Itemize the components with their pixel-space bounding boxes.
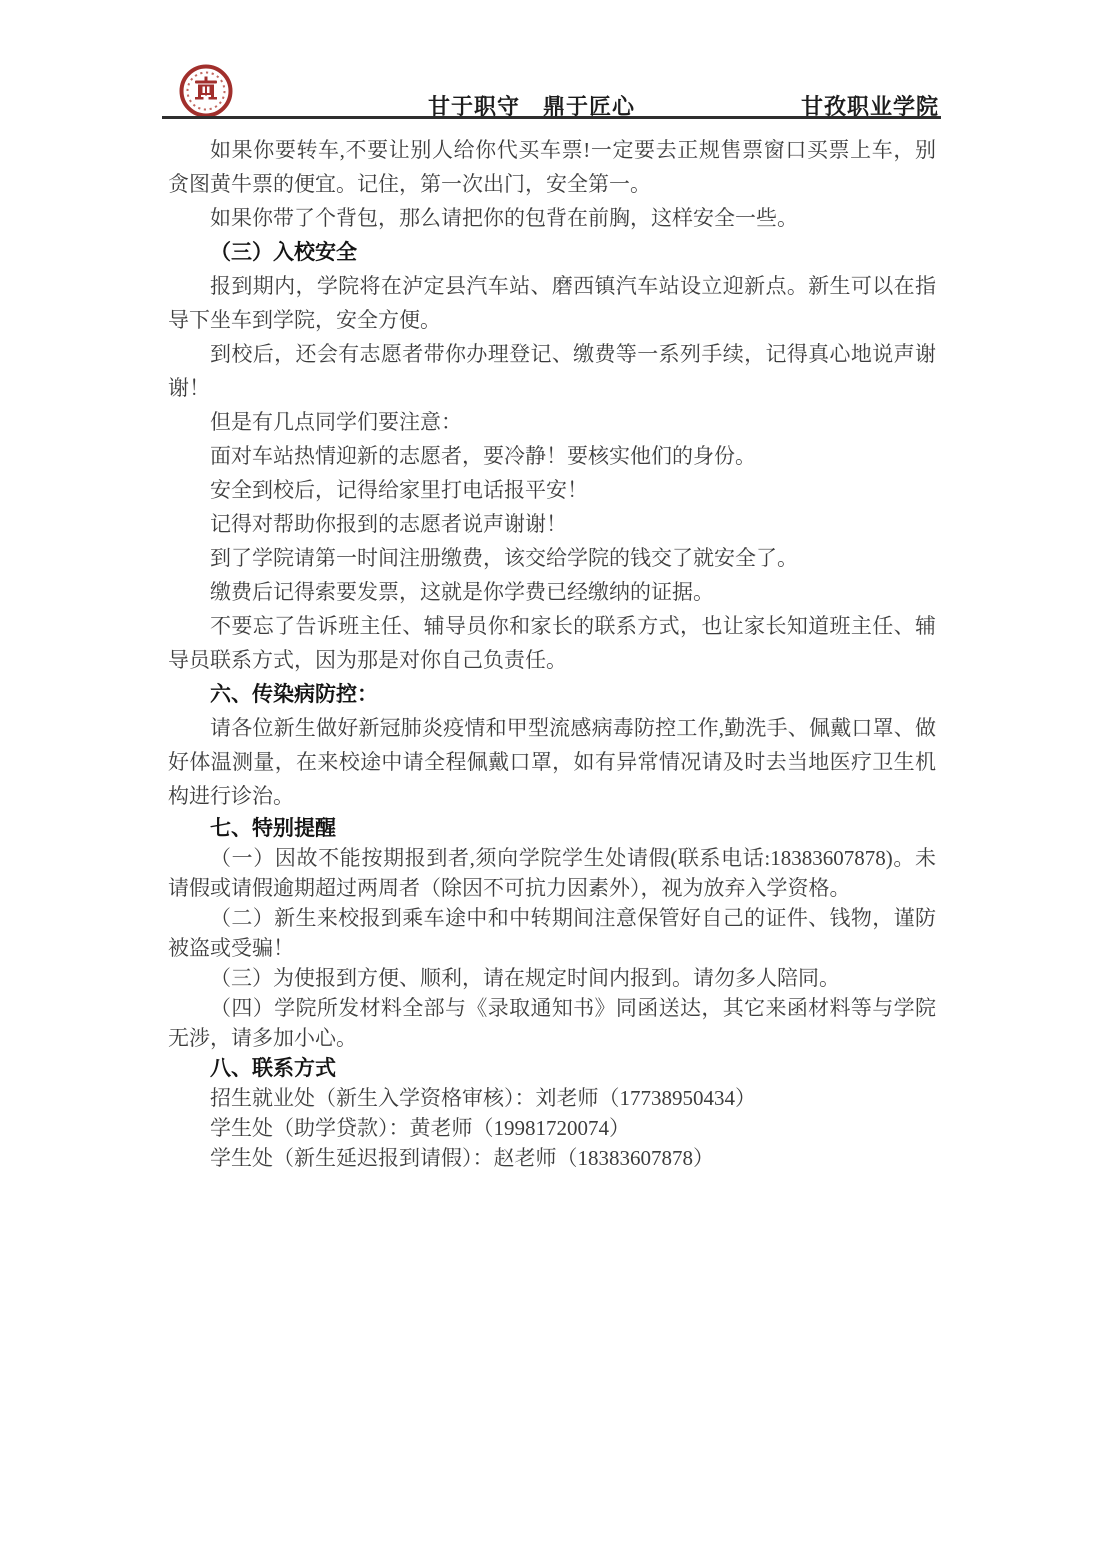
paragraph-reminder-official-materials: （四）学院所发材料全部与《录取通知书》同函送达，其它来函材料等与学院无涉，请多加…: [168, 993, 936, 1053]
header-divider: [162, 116, 941, 119]
paragraph-attention-intro: 但是有几点同学们要注意：: [168, 405, 936, 439]
paragraph-welcome-points: 报到期内，学院将在泸定县汽车站、磨西镇汽车站设立迎新点。新生可以在指导下坐车到学…: [168, 269, 936, 337]
paragraph-transfer-ticket-warning: 如果你要转车,不要让别人给你代买车票!一定要去正规售票窗口买票上车，别贪图黄牛票…: [168, 133, 936, 201]
paragraph-epidemic-prevention: 请各位新生做好新冠肺炎疫情和甲型流感病毒防控工作,勤洗手、佩戴口罩、做好体温测量…: [168, 711, 936, 813]
school-seal-icon: [179, 64, 233, 118]
paragraph-reminder-leave-request: （一）因故不能按期报到者,须向学院学生处请假(联系电话:18383607878)…: [168, 843, 936, 903]
paragraph-call-home: 安全到校后，记得给家里打电话报平安！: [168, 473, 936, 507]
contact-line-admissions-office: 招生就业处（新生入学资格审核）：刘老师（17738950434）: [168, 1083, 936, 1113]
heading-infectious-disease-control: 六、传染病防控：: [168, 677, 936, 711]
contact-line-student-loans: 学生处（助学贷款）：黄老师（19981720074）: [168, 1113, 936, 1143]
contact-line-delayed-report: 学生处（新生延迟报到请假）：赵老师（18383607878）: [168, 1143, 936, 1173]
paragraph-reminder-guard-valuables: （二）新生来校报到乘车途中和中转期间注意保管好自己的证件、钱物，谨防被盗或受骗！: [168, 903, 936, 963]
paragraph-share-contact-info: 不要忘了告诉班主任、辅导员你和家长的联系方式，也让家长知道班主任、辅导员联系方式…: [168, 609, 936, 677]
paragraph-backpack-tip: 如果你带了个背包，那么请把你的包背在前胸，这样安全一些。: [168, 201, 936, 235]
heading-contact-info: 八、联系方式: [168, 1053, 936, 1083]
paragraph-volunteer-registration: 到校后，还会有志愿者带你办理登记、缴费等一系列手续，记得真心地说声谢谢！: [168, 337, 936, 405]
paragraph-thank-volunteers: 记得对帮助你报到的志愿者说声谢谢！: [168, 507, 936, 541]
heading-entering-school-safety: （三）入校安全: [168, 235, 936, 269]
paragraph-ask-for-invoice: 缴费后记得索要发票，这就是你学费已经缴纳的证据。: [168, 575, 936, 609]
paragraph-reminder-report-on-time: （三）为使报到方便、顺利，请在规定时间内报到。请勿多人陪同。: [168, 963, 936, 993]
paragraph-register-pay-fees: 到了学院请第一时间注册缴费，该交给学院的钱交了就安全了。: [168, 541, 936, 575]
heading-special-reminder: 七、特别提醒: [168, 813, 936, 843]
document-body: 如果你要转车,不要让别人给你代买车票!一定要去正规售票窗口买票上车，别贪图黄牛票…: [168, 133, 936, 1173]
document-page: 甘于职守 鼎于匠心 甘孜职业学院 如果你要转车,不要让别人给你代买车票!一定要去…: [0, 0, 1102, 1559]
paragraph-verify-volunteers: 面对车站热情迎新的志愿者，要冷静！要核实他们的身份。: [168, 439, 936, 473]
